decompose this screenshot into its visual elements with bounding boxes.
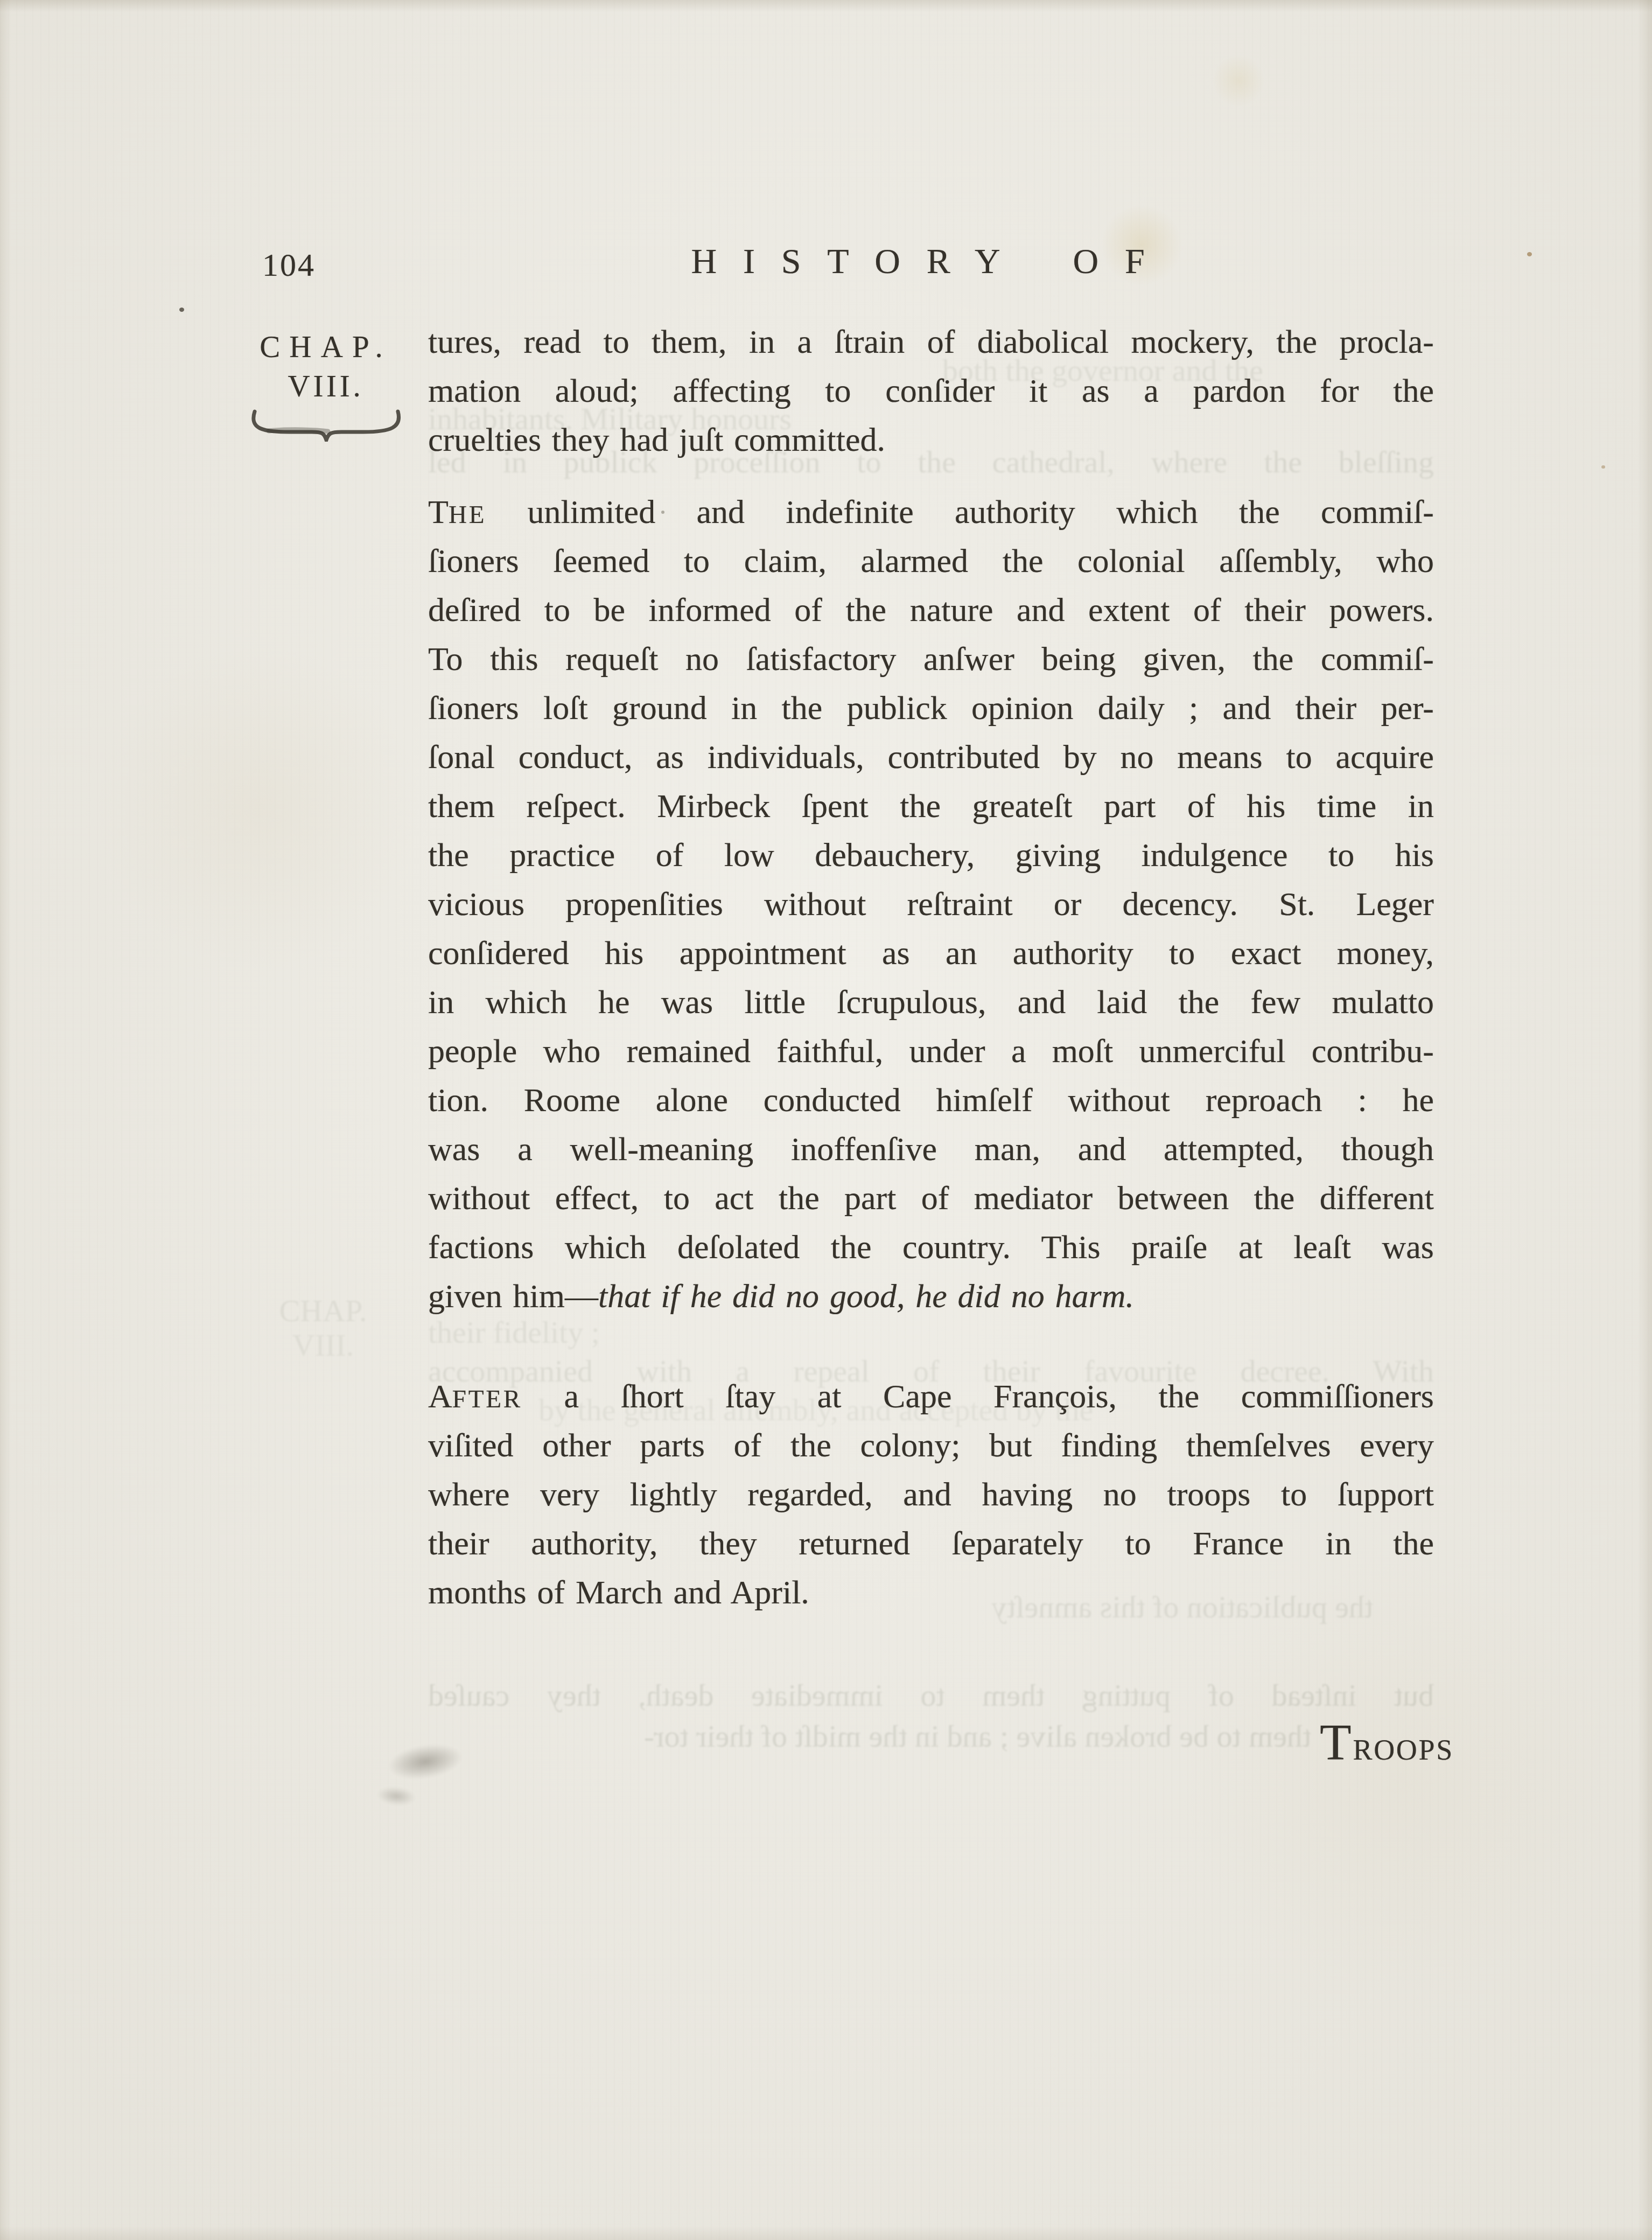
body-line: THE unlimited and indefinite authority w…	[428, 488, 1434, 537]
paragraph-1: tures, read to them, in a ſtrain of diab…	[428, 318, 1434, 465]
page-number: 104	[262, 247, 316, 284]
body-line: tures, read to them, in a ſtrain of diab…	[428, 318, 1434, 367]
paragraph-2: THE unlimited and indefinite authority w…	[428, 488, 1434, 1321]
body-line: months of March and April.	[428, 1568, 1434, 1617]
bleed-through-chapter-numeral: VIII.	[248, 1326, 398, 1367]
small-caps-segment: FTER	[452, 1385, 522, 1413]
body-line: mation aloud; affecting to conſider it a…	[428, 367, 1434, 416]
body-line: the practice of low debauchery, giving i…	[428, 831, 1434, 880]
ink-speck	[179, 308, 184, 312]
line-segment: T	[428, 494, 449, 531]
catchword-initial: T	[1320, 1713, 1353, 1771]
line-segment: A	[428, 1378, 452, 1415]
paper-background: both the governor and the inhabitants. M…	[0, 0, 1652, 2240]
body-line: factions which deſolated the country. Th…	[428, 1223, 1434, 1272]
body-line: people who remained faithful, under a mo…	[428, 1027, 1434, 1076]
line-segment: unlimited and indefinite authority which…	[486, 494, 1434, 531]
body-line: ſonal conduct, as individuals, contribut…	[428, 733, 1434, 782]
line-segment: given him—	[428, 1278, 598, 1315]
ink-speck	[1601, 465, 1605, 469]
italic-segment: that if he did no good, he did no harm.	[598, 1278, 1134, 1315]
bleed-through-line: but inſtead of putting them to immediate…	[428, 1676, 1434, 1717]
body-line: deſired to be informed of the nature and…	[428, 586, 1434, 635]
body-line: given him—that if he did no good, he did…	[428, 1272, 1434, 1321]
chapter-label: CHAP.	[237, 330, 415, 365]
ink-speck	[1527, 252, 1532, 256]
body-line: ſioners loſt ground in the publick opini…	[428, 684, 1434, 733]
body-line: vicious propenſities without reſtraint o…	[428, 880, 1434, 929]
catchword-rest: ROOPS	[1353, 1734, 1454, 1766]
body-line: their authority, they returned ſeparatel…	[428, 1519, 1434, 1568]
ink-smudge	[386, 1739, 465, 1784]
catchword: TROOPS	[428, 1713, 1454, 1772]
body-line: tion. Roome alone conducted himſelf with…	[428, 1076, 1434, 1125]
body-line: To this requeſt no ſatisfactory anſwer b…	[428, 635, 1434, 684]
chapter-note: CHAP. VIII.	[237, 330, 415, 442]
line-segment: a ſhort ſtay at Cape François, the commi…	[522, 1378, 1434, 1415]
chapter-numeral: VIII.	[237, 369, 415, 404]
running-header: HISTORY OF	[428, 241, 1434, 282]
body-line: them reſpect. Mirbeck ſpent the greateſt…	[428, 782, 1434, 831]
ink-speck	[661, 511, 664, 514]
body-line: ſioners ſeemed to claim, alarmed the col…	[428, 537, 1434, 586]
paragraph-3: AFTER a ſhort ſtay at Cape François, the…	[428, 1372, 1434, 1617]
small-caps-segment: HE	[449, 501, 486, 529]
scanned-book-page: { "page": { "number": "104", "running_he…	[0, 0, 1652, 2240]
body-line: was a well-meaning inoffenſive man, and …	[428, 1125, 1434, 1174]
body-line: conſidered his appointment as an authori…	[428, 929, 1434, 978]
body-line: where very lightly regarded, and having …	[428, 1470, 1434, 1519]
body-line: cruelties they had juſt committed.	[428, 416, 1434, 465]
body-line: in which he was little ſcrupulous, and l…	[428, 978, 1434, 1027]
text-block: tures, read to them, in a ſtrain of diab…	[428, 318, 1434, 1617]
body-line: AFTER a ſhort ſtay at Cape François, the…	[428, 1372, 1434, 1421]
body-line: without effect, to act the part of media…	[428, 1174, 1434, 1223]
body-line: viſited other parts of the colony; but f…	[428, 1421, 1434, 1470]
ink-smudge	[376, 1785, 416, 1807]
chapter-brace-icon	[247, 407, 404, 442]
